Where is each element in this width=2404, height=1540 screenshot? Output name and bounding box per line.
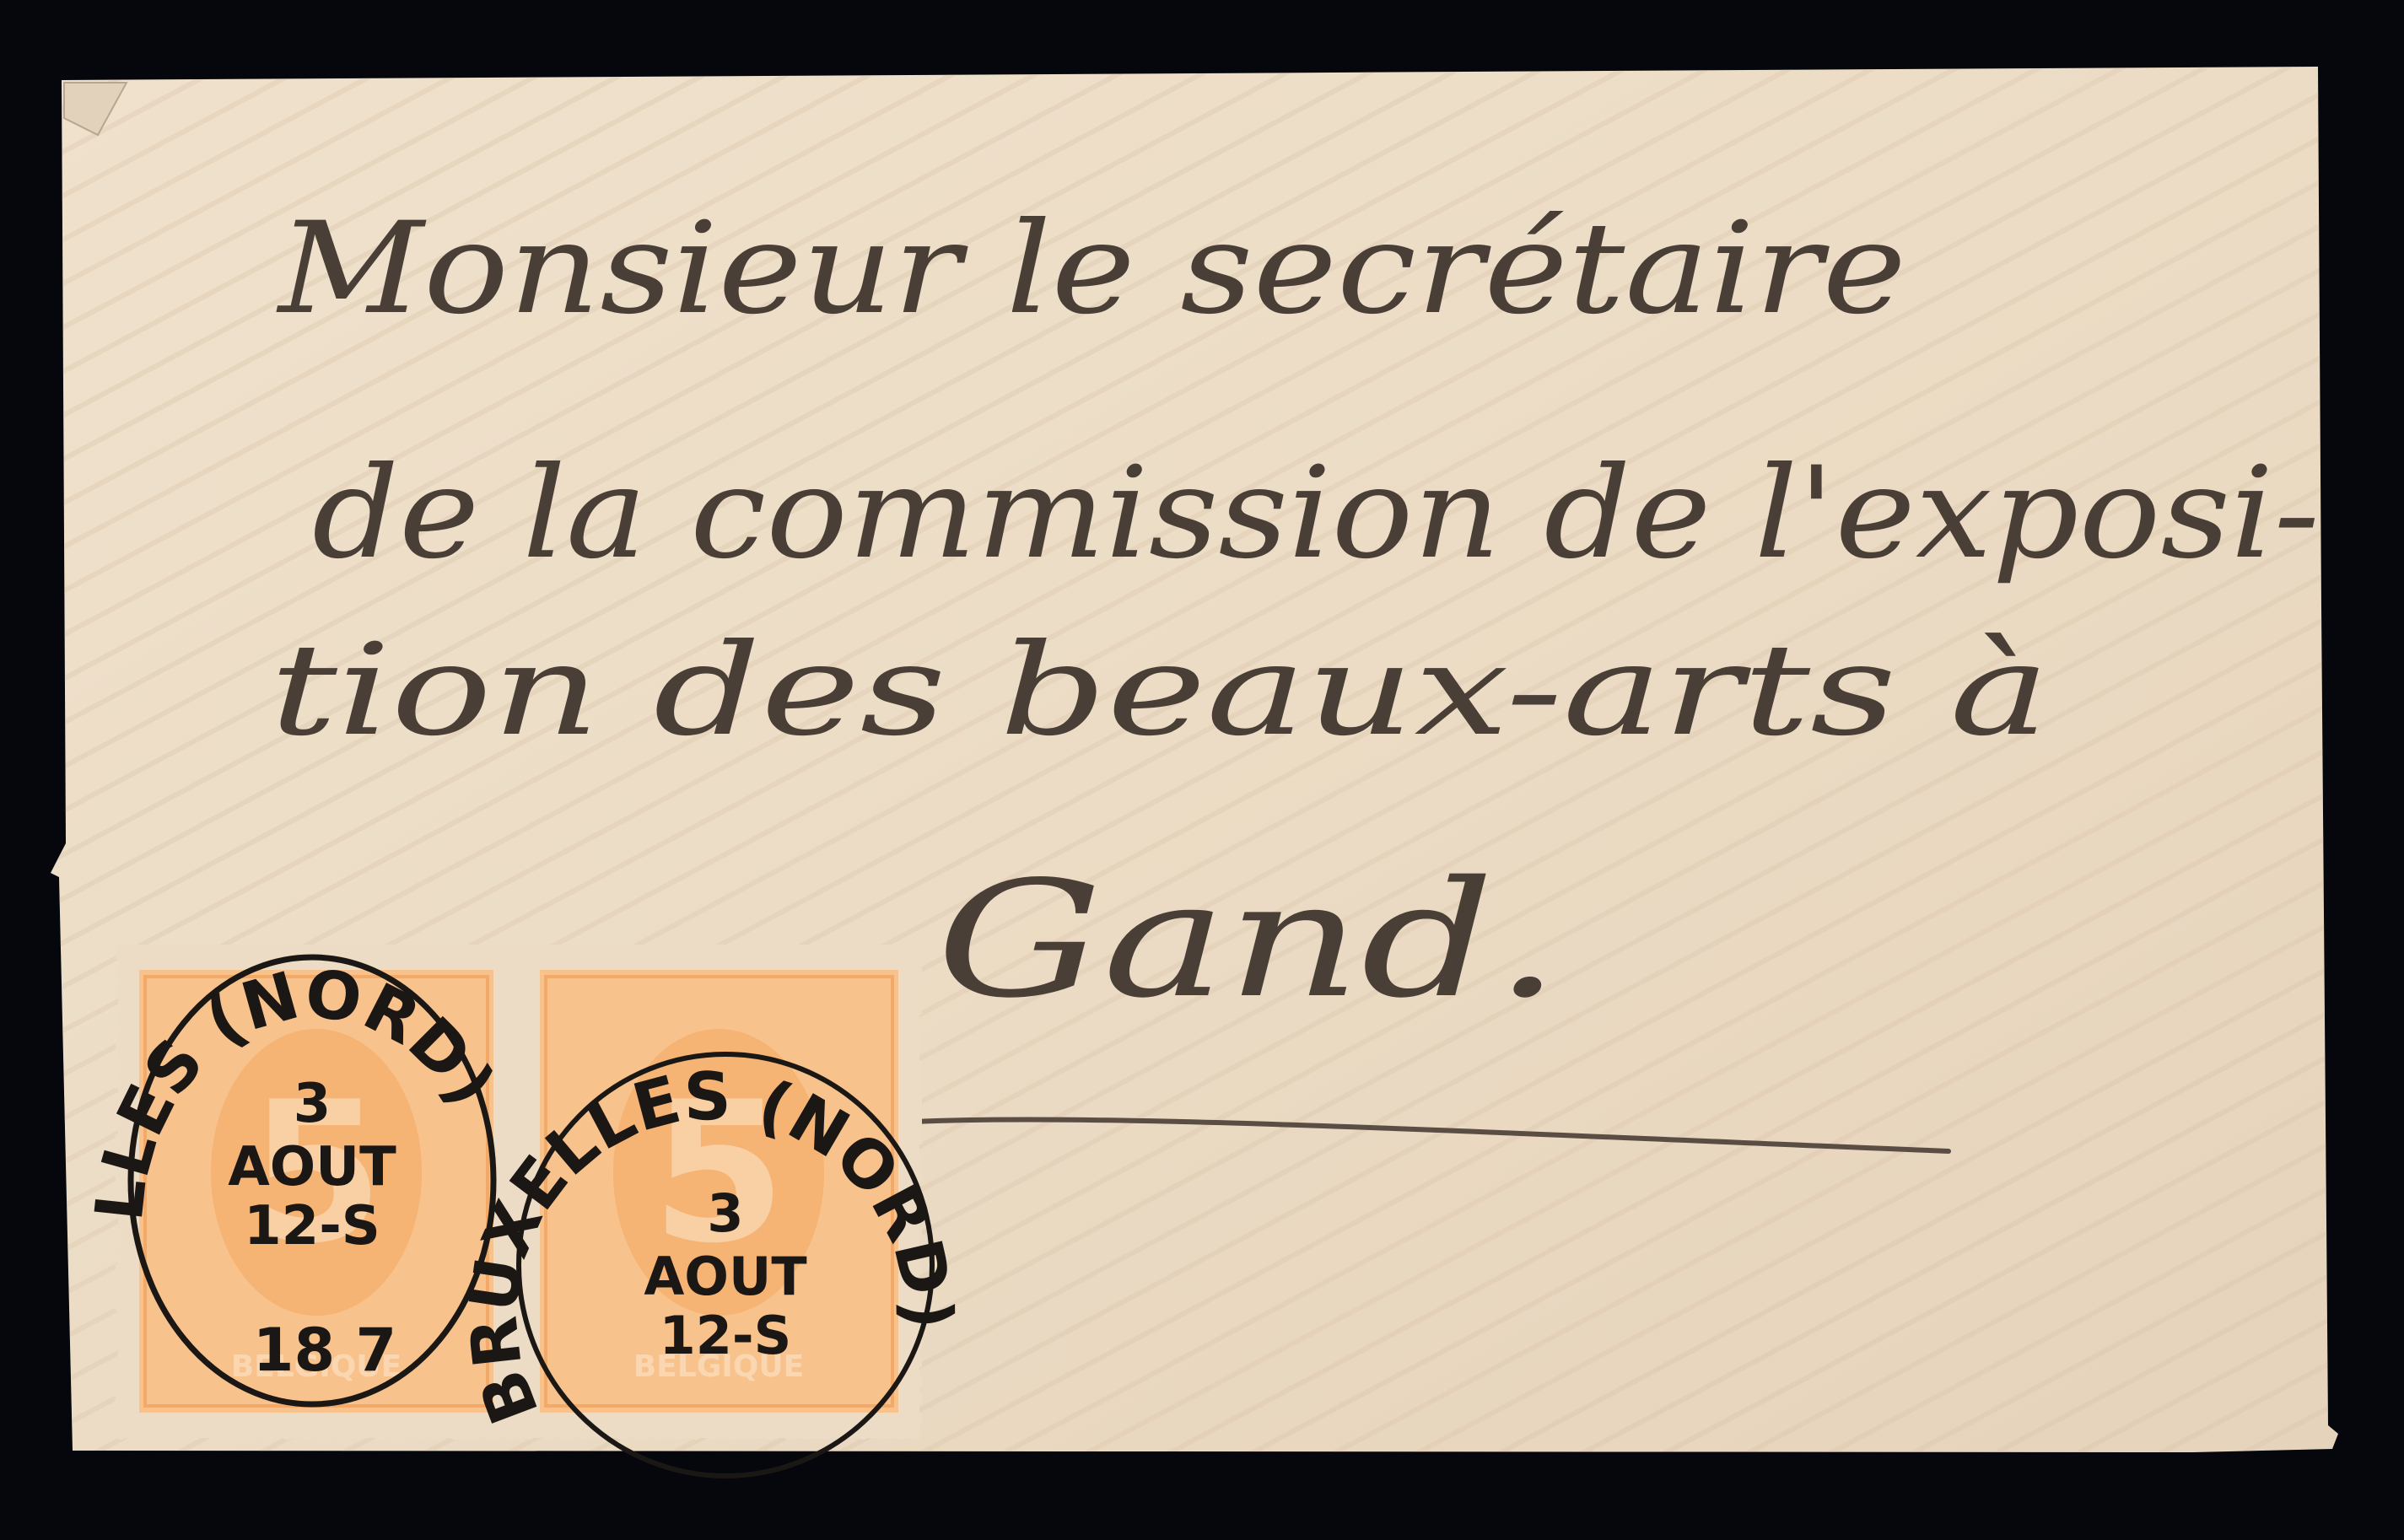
- address-line-2: de la commission de l'exposi-: [312, 440, 2320, 587]
- address-line-1: Monsieur le secrétaire: [276, 196, 1906, 342]
- address-line-4: Gand.: [936, 847, 1560, 1033]
- envelope-scan: Monsieur le secrétaire de la commission …: [0, 0, 2404, 1540]
- postmark-2-month: AOUT: [644, 1246, 806, 1307]
- postmark-1-month: AOUT: [228, 1136, 396, 1198]
- postmark-1-time: 12-S: [244, 1195, 380, 1257]
- postmark-1-year: 18 7: [253, 1316, 397, 1385]
- postmark-2-time: 12-S: [660, 1305, 792, 1366]
- postmark-1-day: 3: [294, 1073, 331, 1135]
- postmark-2-day: 3: [707, 1182, 743, 1244]
- address-line-3: tion des beaux-arts à: [270, 617, 2050, 764]
